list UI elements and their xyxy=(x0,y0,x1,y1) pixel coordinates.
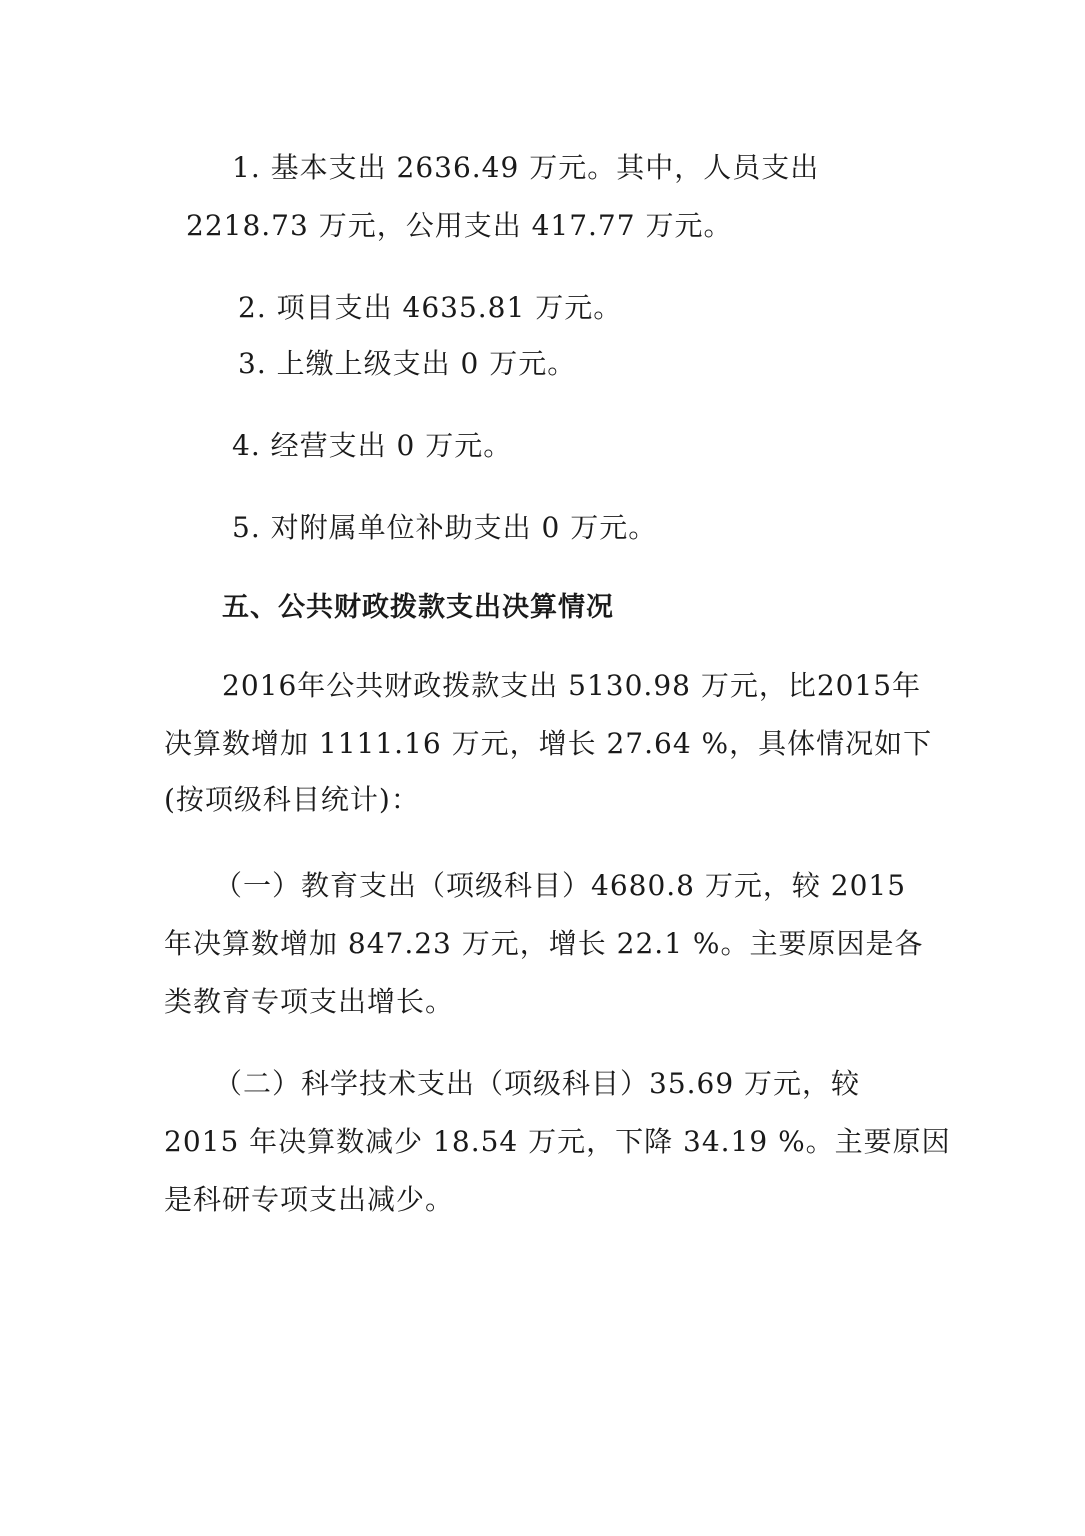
science-expenditure-line-2: 2015 年决算数减少 18.54 万元，下降 34.19 %。主要原因 xyxy=(164,1122,951,1162)
list-item-remit-upper-expenditure: 3. 上缴上级支出 0 万元。 xyxy=(238,344,576,384)
science-expenditure-line-1: （二）科学技术支出（项级科目）35.69 万元，较 xyxy=(214,1064,860,1104)
list-item-project-expenditure: 2. 项目支出 4635.81 万元。 xyxy=(238,288,622,328)
section-heading: 五、公共财政拨款支出决算情况 xyxy=(222,588,614,628)
summary-paragraph-line-2: 决算数增加 1111.16 万元，增长 27.64 %，具体情况如下 xyxy=(164,724,932,764)
education-expenditure-line-1: （一）教育支出（项级科目）4680.8 万元，较 2015 xyxy=(214,866,906,906)
summary-paragraph-line-1: 2016年公共财政拨款支出 5130.98 万元，比2015年 xyxy=(222,666,921,706)
education-expenditure-line-2: 年决算数增加 847.23 万元，增长 22.1 %。主要原因是各 xyxy=(164,924,924,964)
science-expenditure-line-3: 是科研专项支出减少。 xyxy=(164,1180,454,1220)
list-item-subsidiary-subsidy: 5. 对附属单位补助支出 0 万元。 xyxy=(232,508,657,548)
summary-paragraph-line-3: (按项级科目统计)： xyxy=(164,780,420,820)
list-item-basic-expenditure-line-2: 2218.73 万元，公用支出 417.77 万元。 xyxy=(186,206,732,246)
education-expenditure-line-3: 类教育专项支出增长。 xyxy=(164,982,454,1022)
list-item-operating-expenditure: 4. 经营支出 0 万元。 xyxy=(232,426,512,466)
list-item-basic-expenditure-line-1: 1. 基本支出 2636.49 万元。其中，人员支出 xyxy=(232,148,819,188)
